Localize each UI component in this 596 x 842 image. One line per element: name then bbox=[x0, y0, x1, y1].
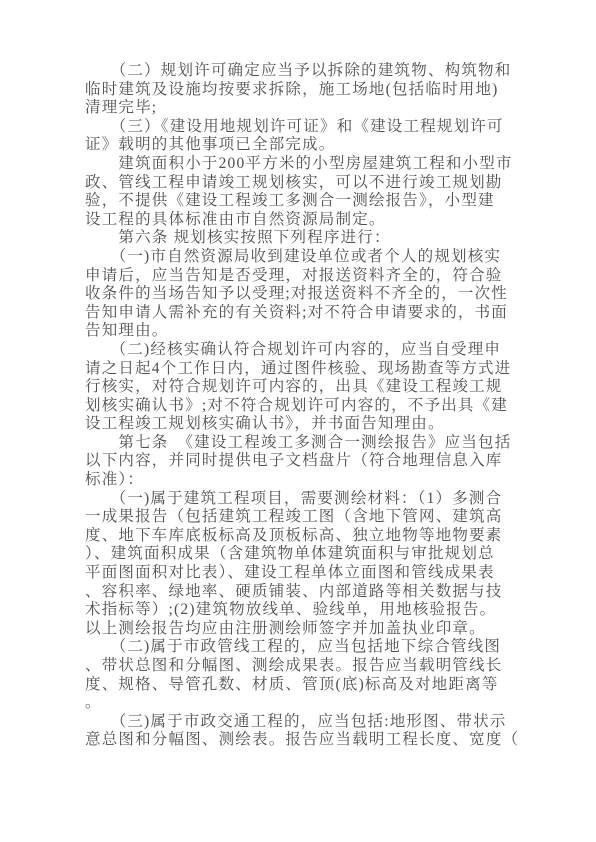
text-line: 第七条 《建设工程竣工多测合一测绘报告》应当包括 bbox=[85, 434, 545, 453]
text-line: （一)市自然资源局收到建设单位或者个人的规划核实 bbox=[85, 248, 545, 267]
text-line: 建筑面积小于200平方米的小型房屋建筑工程和小型市 bbox=[85, 155, 545, 174]
text-line: 告知理由。 bbox=[85, 322, 545, 341]
text-line: 验，不提供《建设工程竣工多测合一测绘报告》，小型建 bbox=[85, 192, 545, 211]
text-line: ）、建筑面积成果（含建筑物单体建筑面积与审批规划总 bbox=[85, 545, 545, 564]
text-line: 度、地下车库底板标高及顶板标高、独立地物等地物要素 bbox=[85, 527, 545, 546]
text-line: 、带状总图和分幅图、测绘成果表。报告应当载明管线长 bbox=[85, 657, 545, 676]
text-line: 平面图面积对比表）、建设工程单体立面图和管线成果表 bbox=[85, 564, 545, 583]
text-line: 清理完毕; bbox=[85, 99, 545, 118]
text-line: 申请后，应当告知是否受理，对报送资料齐全的，符合验 bbox=[85, 267, 545, 286]
text-line: 以上测绘报告均应由注册测绘师签字并加盖执业印章。 bbox=[85, 620, 545, 639]
text-line: 告知申请人需补充的有关资料;对不符合申请要求的，书面 bbox=[85, 304, 545, 323]
text-line: 、容积率、绿地率、硬质铺装、内部道路等相关数据与技 bbox=[85, 583, 545, 602]
text-line: （三）《建设用地规划许可证》和《建设工程规划许可 bbox=[85, 118, 545, 137]
text-line: 请之日起4个工作日内，通过图件核验、现场勘查等方式进 bbox=[85, 360, 545, 379]
text-line: （一)属于建筑工程项目，需要测绘材料：（1）多测合 bbox=[85, 490, 545, 509]
text-line: 证》载明的其他事项已全部完成。 bbox=[85, 136, 545, 155]
text-line: 临时建筑及设施均按要求拆除，施工场地(包括临时用地) bbox=[85, 81, 545, 100]
text-line: 标准）： bbox=[85, 471, 545, 490]
text-line: （三)属于市政交通工程的，应当包括:地形图、带状示 bbox=[85, 713, 545, 732]
text-line: 术指标等）;(2)建筑物放线单、验线单，用地核验报告。 bbox=[85, 601, 545, 620]
document-text: （二）规划许可确定应当予以拆除的建筑物、构筑物和临时建筑及设施均按要求拆除，施工… bbox=[85, 62, 545, 750]
text-line: 设工程竣工规划核实确认书》，并书面告知理由。 bbox=[85, 415, 545, 434]
document-page: （二）规划许可确定应当予以拆除的建筑物、构筑物和临时建筑及设施均按要求拆除，施工… bbox=[0, 0, 596, 842]
text-line: 政、管线工程申请竣工规划核实，可以不进行竣工规划勘 bbox=[85, 174, 545, 193]
text-line: 度、规格、导管孔数、材质、管顶(底)标高及对地距离等 bbox=[85, 676, 545, 695]
text-line: 一成果报告（包括建筑工程竣工图（含地下管网、建筑高 bbox=[85, 508, 545, 527]
text-line: （二）规划许可确定应当予以拆除的建筑物、构筑物和 bbox=[85, 62, 545, 81]
text-line: 设工程的具体标准由市自然资源局制定。 bbox=[85, 211, 545, 230]
text-line: 以下内容，并同时提供电子文档盘片（符合地理信息入库 bbox=[85, 452, 545, 471]
text-line: 。 bbox=[85, 694, 545, 713]
text-line: （二)属于市政管线工程的，应当包括地下综合管线图 bbox=[85, 638, 545, 657]
text-line: 行核实，对符合规划许可内容的，出具《建设工程竣工规 bbox=[85, 378, 545, 397]
text-line: 意总图和分幅图、测绘表。报告应当载明工程长度、宽度（ bbox=[85, 731, 545, 750]
text-line: 第六条 规划核实按照下列程序进行： bbox=[85, 229, 545, 248]
text-line: 划核实确认书》;对不符合规划许可内容的，不予出具《建 bbox=[85, 397, 545, 416]
text-line: （二)经核实确认符合规划许可内容的，应当自受理申 bbox=[85, 341, 545, 360]
text-line: 收条件的当场告知予以受理;对报送资料不齐全的，一次性 bbox=[85, 285, 545, 304]
